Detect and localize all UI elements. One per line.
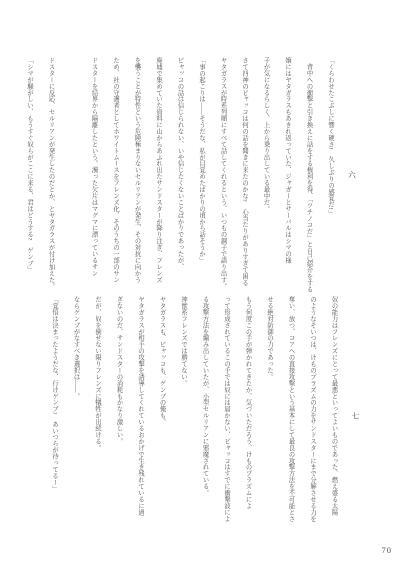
text-column: って形成されているこの手では奴には届かない、ビャッコはすでに衝撃波によ [216,296,238,536]
text-column: ヤタガラスも、ビャッコも、ゲンブの俺も。 [151,296,173,536]
text-column: 神獣系フレンズでは勝てない。 [173,296,195,536]
text-column: を襲うことが特性という危険極まりないセルリアンが発生、その対抗に向かう [126,57,148,293]
text-column: ビャッコの話は信じられない、いや信じたくないことばかりであったが、 [169,57,191,293]
text-column: もう何度この手が弾かれてきたか、気づいただろう、けものプラズムによ [237,296,259,536]
text-column: 「くらわせたこぶしに響く硬さ! 久しぶりの感覚だ!」 [320,57,342,293]
chapter-number-seven: 七 [345,296,367,536]
text-column: せる絶対防御の力であった。 [259,296,281,536]
text-column: 奪い、放つ、コアへの直接攻撃という基本にして最良の攻撃方法を不可能とさ [280,296,302,536]
text-column: のようなそいつは、けものプラズムの力をサンドスターにまで分解させる力を [302,296,324,536]
text-column: だが、奴を倒せない限りフレンズに犠牲が出続ける。 [87,296,109,536]
chapter-number-six: 六 [341,57,363,293]
text-column: ヤタガラスが相手の攻撃を誘導してくれているおかげで生き残れているに過 [130,296,152,536]
text-column: ヤタガラスが時系列順にすべて話してくれるという、いつもの調子で語り出す。 [212,57,234,293]
text-column: 「事の起こりは――そうだな、私が目覚めたばかりの頃から話そうか」 [191,57,213,293]
text-column: 子が気になるらしく、上から乗り出している最中だ。 [255,57,277,293]
text-column: る攻撃方法を編み出していたが、小型セルリアンに邪魔されている。 [194,296,216,536]
text-column: ため、社の守護者としてホワイトムースをフレンズ化、そのうちの一部のサン [105,57,127,293]
text-column: 「シマが騒がしい、もうすぐ奴らがここに来る、君はどうする? ゲンブ」 [19,57,41,293]
text-column: さて四神のビャッコは何の話を聞きに来たのかな? 心当たりがありすぎて困る [234,57,256,293]
text-column: 廃墟で集めていた資料に山からあふれ出たサンドスターが降り注ぎ、フレンズ [148,57,170,293]
text-column: 奴の能力はフレンズにとって最悪といってよいものであった、燃え盛る太陽 [323,296,345,536]
text-column: ドスターを結界から隔離したという。濁った欠片はマグマに漂っているサン [83,57,105,293]
chapter-seven-text-block: 七 奴の能力はフレンズにとって最悪といってよいものであった、燃え盛る太陽 のよう… [44,296,367,536]
text-column: ぎないのだ、サンドスターの消耗もかなり激しい。 [108,296,130,536]
chapter-six-text-block: 六 「くらわせたこぶしに響く硬さ! 久しぶりの感覚だ!」 背中への衝撃と引き換え… [19,57,385,293]
text-column: 嬢にはヤタガラスもあきれ返っていた、ジャガーとサーバルはシマの様 [277,57,299,293]
page-number: 70 [382,545,393,555]
book-page: 六 「くらわせたこぶしに響く硬さ! 久しぶりの感覚だ!」 背中への衝撃と引き換え… [0,0,400,565]
text-column: ドスターに反応、セルリアンが発生したのだとか、とヤタガラスが付け加えた。 [40,57,62,293]
text-column: ならゲンブがなすべき選択は――。 [65,296,87,536]
text-column: 「覚悟は決まったようだな、行けゲンブ! あいつらが待ってるー」 [44,296,66,536]
text-column: 背中への衝撃と引き換えに話をする権利を得、「ツチノコだ」と自己紹介をする [298,57,320,293]
